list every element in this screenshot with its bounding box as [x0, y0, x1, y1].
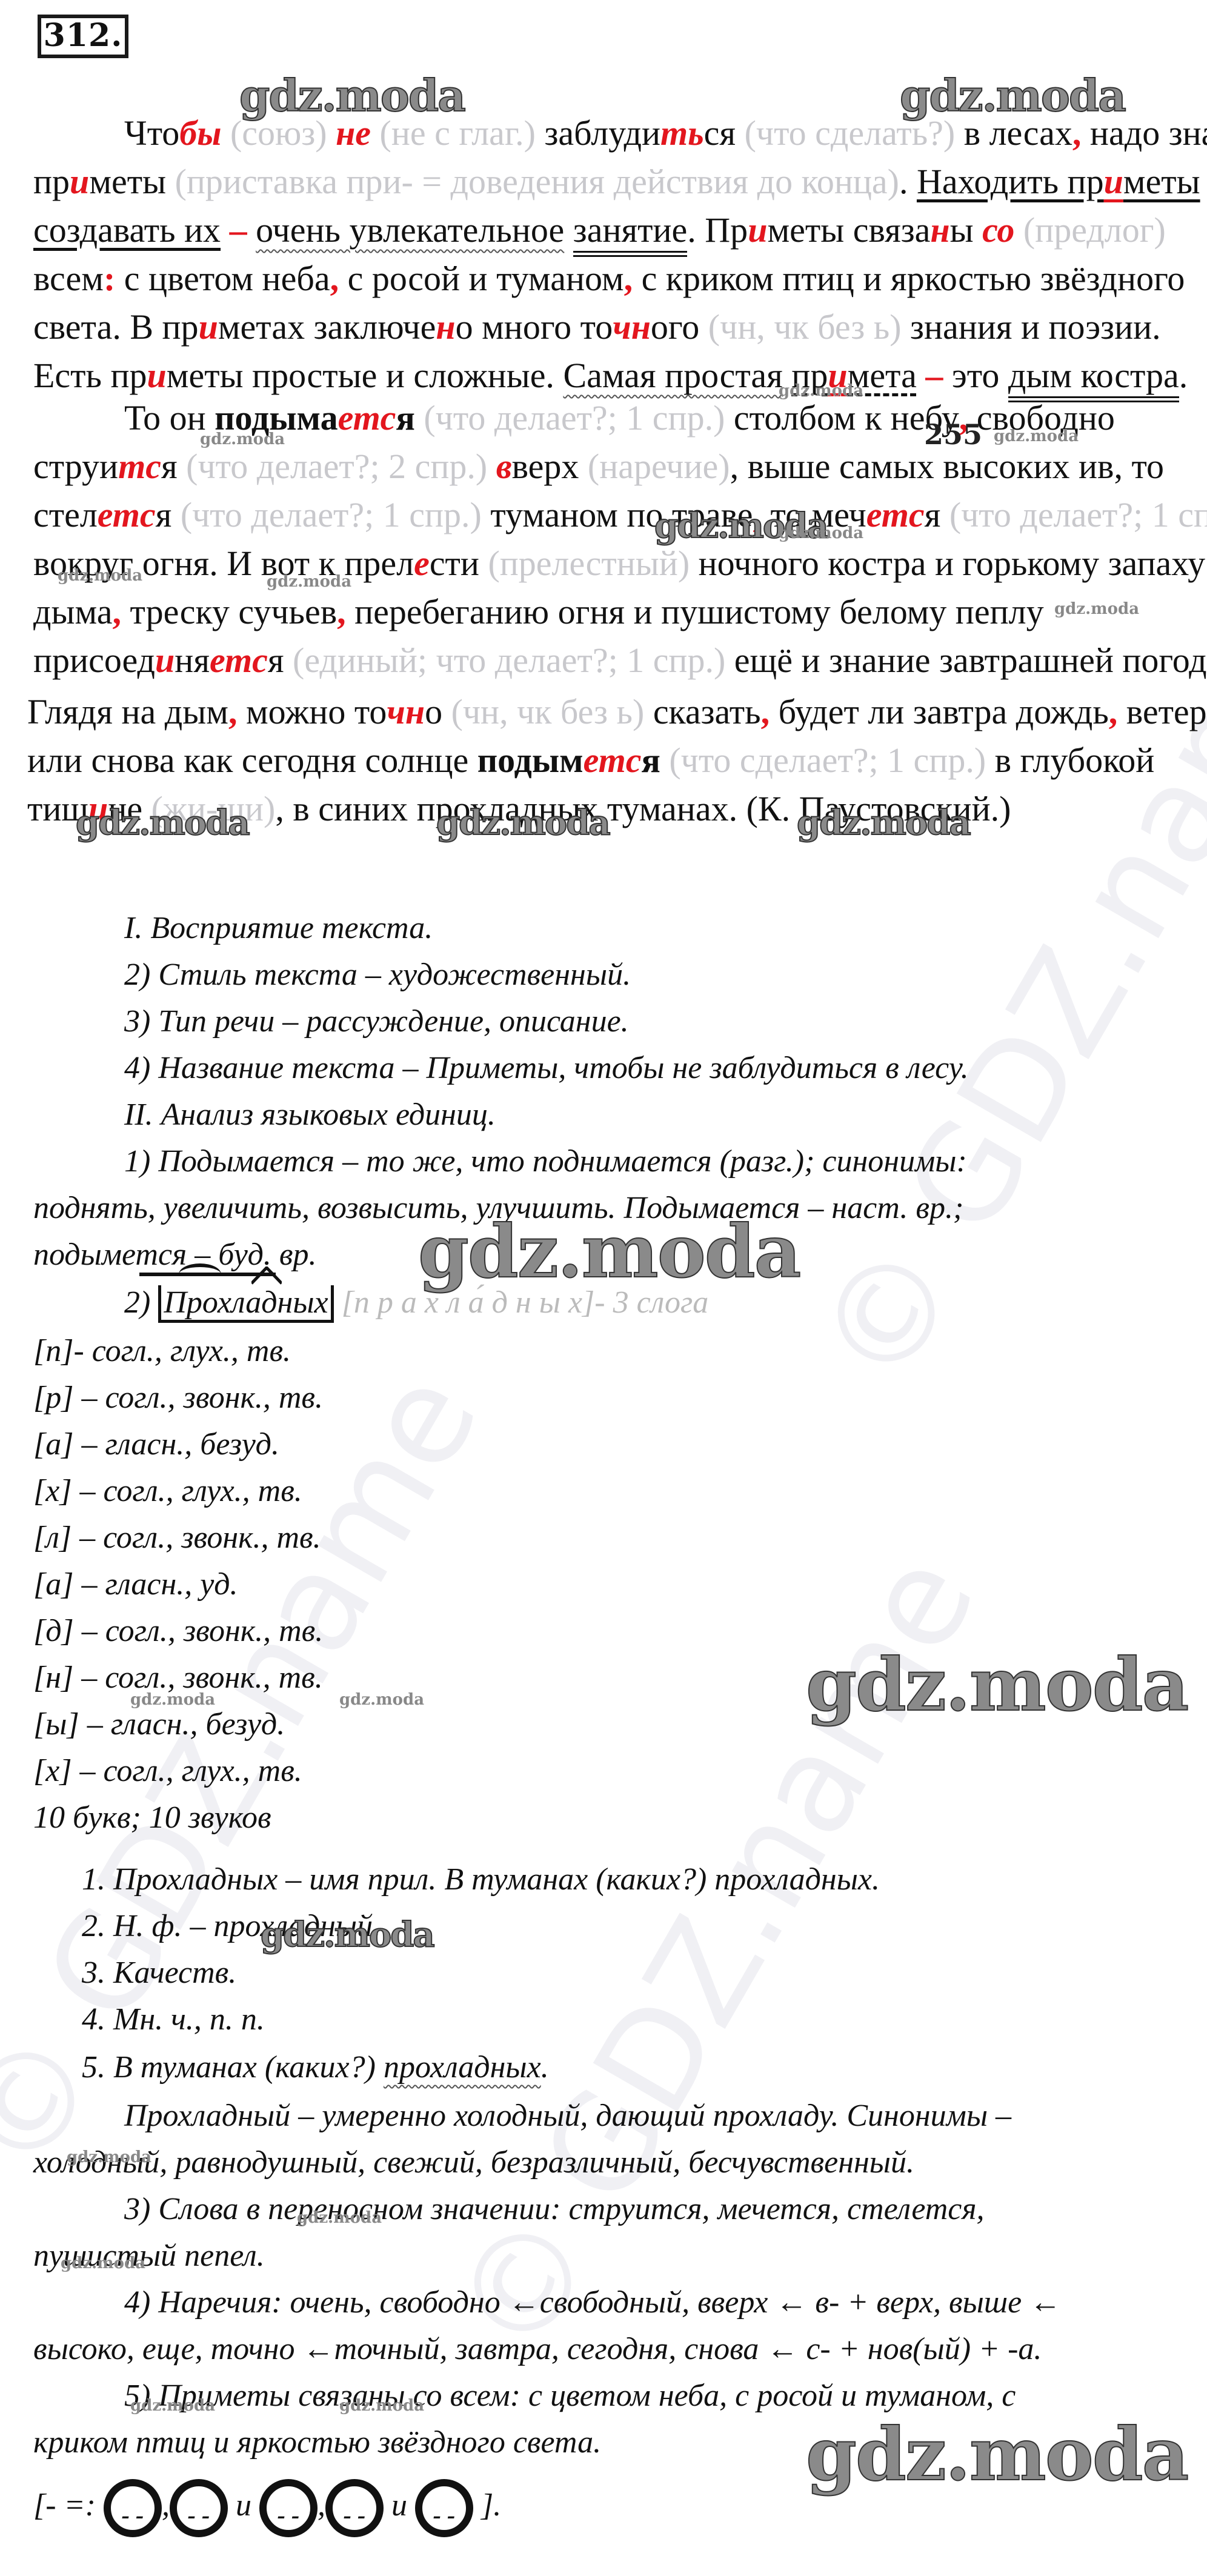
- text-segment: [917, 356, 926, 395]
- watermark-logo-small: gdz.moda: [61, 2254, 145, 2272]
- watermark-logo-small: gdz.moda: [267, 573, 351, 591]
- text-segment: дыма: [33, 592, 113, 631]
- watermark-logo: gdz.moda: [806, 2412, 1188, 2497]
- watermark-logo: gdz.moda: [261, 1915, 434, 1955]
- morph-item: 3. Качеств.: [82, 1954, 236, 1992]
- text-segment: . Пр: [687, 210, 748, 250]
- text-segment: ы: [950, 210, 982, 250]
- adverbs-line2: высоко, еще, точно ←точный, завтра, сего…: [33, 2330, 1042, 2369]
- text-segment: ещё и знание завтрашней погоды.: [734, 641, 1207, 680]
- analysis-item1-line1: 1) Подымается – то же, что поднимается (…: [124, 1142, 967, 1181]
- text-segment: я: [925, 495, 941, 534]
- text-segment: можно то: [237, 692, 387, 731]
- background-watermark: © GDZ.name: [788, 559, 1207, 1411]
- text-segment: всем: [33, 259, 104, 298]
- text-segment: создавать их: [33, 210, 221, 250]
- scheme-close: ].: [481, 2488, 501, 2523]
- text-segment: .: [1179, 356, 1188, 395]
- text-segment: метах заключе: [218, 307, 436, 347]
- grammar-note: (чн, чк без ь): [699, 307, 910, 347]
- grammar-note: (прелестный): [479, 544, 699, 583]
- text-segment: ночного костра и горькому запаху: [699, 544, 1205, 583]
- watermark-logo-small: gdz.moda: [67, 2148, 151, 2166]
- text-segment: ся: [704, 113, 736, 153]
- watermark-logo-small: gdz.moda: [200, 430, 285, 448]
- text-segment: перебеганию огня и пушистому белому пепл…: [346, 592, 1044, 631]
- root-arc-mark: [179, 1263, 221, 1285]
- text-segment: чн: [387, 692, 425, 731]
- text-segment: ,: [1109, 692, 1118, 731]
- text-segment: я: [156, 495, 172, 534]
- watermark-logo: gdz.moda: [806, 1642, 1188, 1728]
- text-segment: верх: [512, 447, 579, 486]
- text-segment: я: [161, 447, 178, 486]
- text-segment: –: [925, 356, 943, 395]
- watermark-logo: gdz.moda: [900, 70, 1125, 121]
- text-segment: ня: [175, 641, 210, 680]
- text-segment: в: [496, 447, 512, 486]
- text-segment: с криком птиц и яркостью звёздного: [633, 259, 1185, 298]
- phonetic-line: [ы] – гласн., безуд.: [33, 1705, 285, 1744]
- grammar-note: (приставка при- = доведения действия до …: [166, 162, 899, 201]
- watermark-logo-small: gdz.moda: [297, 2209, 382, 2227]
- text-segment: :: [104, 259, 115, 298]
- text-segment: струи: [33, 447, 118, 486]
- watermark-logo-small: gdz.moda: [339, 1691, 424, 1709]
- morph-item: 1. Прохладных – имя прил. В туманах (как…: [82, 1860, 880, 1899]
- morph-item: 4. Мн. ч., п. п.: [82, 2000, 265, 2039]
- exercise-number: 312.: [38, 15, 128, 58]
- text-segment: о: [425, 692, 442, 731]
- grammar-note: (чн, чк без ь): [442, 692, 653, 731]
- grammar-note: (что делает?; 1 спр.): [171, 495, 490, 534]
- text-segment: с росой и туманом: [339, 259, 624, 298]
- morph5-text: 5. В туманах (каких?): [82, 2050, 384, 2085]
- text-segment: меты: [1123, 162, 1200, 201]
- text-segment: н: [930, 210, 949, 250]
- text-segment: бы: [179, 113, 221, 153]
- text-line: создавать их – очень увлекательное занят…: [33, 209, 1166, 251]
- text-segment: [564, 210, 573, 250]
- text-line: Глядя на дым, можно точно (чн, чк без ь)…: [27, 691, 1207, 733]
- text-segment: ветер: [1117, 692, 1206, 731]
- analysis-units-heading: II. Анализ языковых единиц.: [124, 1096, 496, 1134]
- grammar-note: (что делает?; 1 спр.): [415, 398, 734, 438]
- item2-prefix: 2): [124, 1285, 158, 1320]
- text-line: или снова как сегодня солнце подымется (…: [27, 739, 1154, 782]
- text-line: струится (что делает?; 2 спр.) вверх (на…: [33, 445, 1164, 488]
- text-line: света. В приметах заключено много точног…: [33, 306, 1161, 348]
- watermark-logo-small: gdz.moda: [779, 382, 863, 400]
- phonetic-line: [х] – согл., глух., тв.: [33, 1472, 302, 1511]
- text-segment: етс: [338, 398, 396, 438]
- text-segment: Самая простая: [563, 356, 782, 395]
- text-segment: и: [155, 641, 175, 680]
- text-segment: знания и поэзии.: [910, 307, 1161, 347]
- sentence-line2: криком птиц и яркостью звёздного света.: [33, 2423, 601, 2462]
- text-segment: стел: [33, 495, 98, 534]
- sentence-line1: 5) Приметы связаны со всем: с цветом неб…: [124, 2377, 1016, 2415]
- text-segment: тс: [118, 447, 161, 486]
- text-segment: это: [943, 356, 1008, 395]
- phonetic-line: [д] – согл., звонк., тв.: [33, 1612, 323, 1651]
- text-segment: и: [1104, 162, 1123, 201]
- text-segment: дым костра: [1008, 356, 1179, 402]
- text-segment: очень увлекательное: [256, 210, 564, 250]
- text-line: дыма, треску сучьев, перебеганию огня и …: [33, 591, 1044, 633]
- text-line: вокруг огня. И вот к прелести (прелестны…: [33, 542, 1205, 585]
- phonetic-line: [а] – гласн., безуд.: [33, 1425, 279, 1464]
- meaning-line1: Прохладный – умеренно холодный, дающий п…: [124, 2097, 1011, 2135]
- text-segment: Есть пр: [33, 356, 147, 395]
- homogeneous-member-circle: - -: [325, 2479, 384, 2537]
- text-segment: меты: [89, 162, 166, 201]
- text-segment: будет ли завтра дождь: [770, 692, 1109, 731]
- watermark-logo: gdz.moda: [239, 70, 465, 121]
- analysis-perception: I. Восприятие текста.: [124, 909, 433, 948]
- phonetic-line: [р] – согл., звонк., тв.: [33, 1379, 323, 1417]
- text-segment: меты связа: [767, 210, 930, 250]
- text-segment: –: [230, 210, 247, 250]
- grammar-note: (что делает?; 1 спр.): [940, 495, 1207, 534]
- watermark-logo: gdz.moda: [76, 803, 249, 843]
- text-segment: ,: [624, 259, 633, 298]
- text-segment: или снова как сегодня солнце: [27, 741, 477, 780]
- text-segment: Находить пр: [917, 162, 1104, 201]
- phonetic-line: [х] – согл., глух., тв.: [33, 1752, 302, 1791]
- text-segment: ,: [330, 259, 339, 298]
- watermark-logo-small: gdz.moda: [1054, 600, 1139, 618]
- text-segment: и: [199, 307, 218, 347]
- text-segment: я: [641, 741, 660, 780]
- text-segment: в глубокой: [995, 741, 1155, 780]
- text-segment: подым: [477, 741, 584, 780]
- grammar-note: (что делает?; 2 спр.): [178, 447, 496, 486]
- letters-sounds-count: 10 букв; 10 звуков: [33, 1799, 271, 1837]
- text-segment: или: [1200, 162, 1207, 201]
- text-line: всем: с цветом неба, с росой и туманом, …: [33, 258, 1185, 300]
- text-segment: е: [414, 544, 430, 583]
- text-segment: [221, 210, 230, 250]
- text-line: Есть приметы простые и сложные. Самая пр…: [33, 354, 1188, 397]
- text-segment: света. В пр: [33, 307, 199, 347]
- text-segment: ,: [113, 592, 122, 631]
- text-segment: ого: [651, 307, 699, 347]
- scheme-open: [- =:: [33, 2488, 104, 2523]
- homogeneous-member-circle: - -: [104, 2479, 162, 2537]
- text-segment: ,: [761, 692, 770, 731]
- text-line: стелется (что делает?; 1 спр.) туманом п…: [33, 494, 1207, 536]
- text-segment: етс: [584, 741, 642, 780]
- text-segment: [247, 210, 256, 250]
- text-segment: и: [147, 356, 167, 395]
- watermark-logo: gdz.moda: [436, 803, 610, 843]
- text-segment: и: [748, 210, 767, 250]
- text-segment: и: [70, 162, 89, 201]
- analysis-style: 2) Стиль текста – художественный.: [124, 956, 631, 994]
- page-number: 255: [924, 418, 982, 451]
- text-segment: я: [268, 641, 284, 680]
- scheme-comma: ,: [162, 2488, 170, 2523]
- text-segment: меты простые и сложные.: [167, 356, 564, 395]
- morpheme-parsed-word: Прохладных: [158, 1285, 333, 1323]
- text-segment: пр: [33, 162, 70, 201]
- homogeneous-member-circle: - -: [170, 2479, 228, 2537]
- text-segment: с цветом неба: [115, 259, 330, 298]
- text-segment: присоед: [33, 641, 155, 680]
- watermark-logo-small: gdz.moda: [130, 1691, 215, 1709]
- homogeneous-member-circle: - -: [259, 2479, 318, 2537]
- watermark-logo-small: gdz.moda: [339, 2397, 424, 2415]
- text-segment: ,: [337, 592, 346, 631]
- text-segment: н: [436, 307, 455, 347]
- text-segment: етс: [866, 495, 925, 534]
- suffix-mark: [251, 1266, 282, 1285]
- text-segment: треску сучьев: [121, 592, 337, 631]
- phonetic-line: [л] – согл., звонк., тв.: [33, 1519, 321, 1557]
- watermark-logo-small: gdz.moda: [994, 427, 1079, 445]
- text-segment: ть: [660, 113, 704, 153]
- meaning-line2: холодный, равнодушный, свежий, безразлич…: [33, 2143, 914, 2182]
- text-segment: о много то: [456, 307, 613, 347]
- text-line: присоединяется (единый; что делает?; 1 с…: [33, 639, 1207, 682]
- text-segment: сти: [430, 544, 479, 583]
- analysis-speech-type: 3) Тип речи – рассуждение, описание.: [124, 1002, 629, 1041]
- scheme-and: и: [391, 2488, 407, 2523]
- watermark-logo: gdz.moda: [418, 1209, 800, 1294]
- text-segment: заблуди: [544, 113, 660, 153]
- scheme-and: и: [236, 2488, 251, 2523]
- scheme-comma: ,: [318, 2488, 325, 2523]
- morph5-word: прохладных: [384, 2050, 541, 2085]
- grammar-note: (что сделает?; 1 спр.): [660, 741, 995, 780]
- grammar-note: (единый; что делает?; 1 спр.): [284, 641, 734, 680]
- text-segment: Глядя на дым: [27, 692, 228, 731]
- text-segment: .: [899, 162, 917, 201]
- morph5-suffix: .: [541, 2050, 549, 2085]
- grammar-note: (предлог): [1014, 210, 1165, 250]
- text-segment: етс: [98, 495, 156, 534]
- homogeneous-member-circle: - -: [415, 2479, 473, 2537]
- adverbs-line1: 4) Наречия: очень, свободно ←свободный, …: [124, 2283, 1061, 2322]
- text-segment: чн: [613, 307, 651, 347]
- sentence-scheme: [- =: - -,- - и - -,- - и - - ].: [33, 2475, 501, 2537]
- grammar-note: (наречие): [579, 447, 730, 486]
- watermark-logo-small: gdz.moda: [779, 524, 863, 542]
- analysis-title: 4) Название текста – Приметы, чтобы не з…: [124, 1049, 969, 1088]
- phonetic-line: [п]- согл., глух., тв.: [33, 1332, 291, 1371]
- text-segment: я: [396, 398, 414, 438]
- text-segment: етс: [210, 641, 268, 680]
- watermark-logo-small: gdz.moda: [130, 2397, 215, 2415]
- text-segment: ,: [228, 692, 238, 731]
- text-segment: Что: [124, 113, 179, 153]
- morph-item-5: 5. В туманах (каких?) прохладных.: [82, 2048, 549, 2087]
- text-segment: , выше самых высоких ив, то: [730, 447, 1164, 486]
- watermark-logo: gdz.moda: [797, 803, 970, 843]
- text-line: приметы (приставка при- = доведения дейс…: [33, 161, 1207, 203]
- text-segment: со: [982, 210, 1014, 250]
- watermark-logo-small: gdz.moda: [58, 567, 142, 585]
- text-segment: занятие: [573, 210, 688, 257]
- text-segment: сказать: [653, 692, 761, 731]
- figurative-line1: 3) Слова в переносном значении: струится…: [124, 2190, 985, 2229]
- phonetic-line: [а] – гласн., уд.: [33, 1565, 238, 1604]
